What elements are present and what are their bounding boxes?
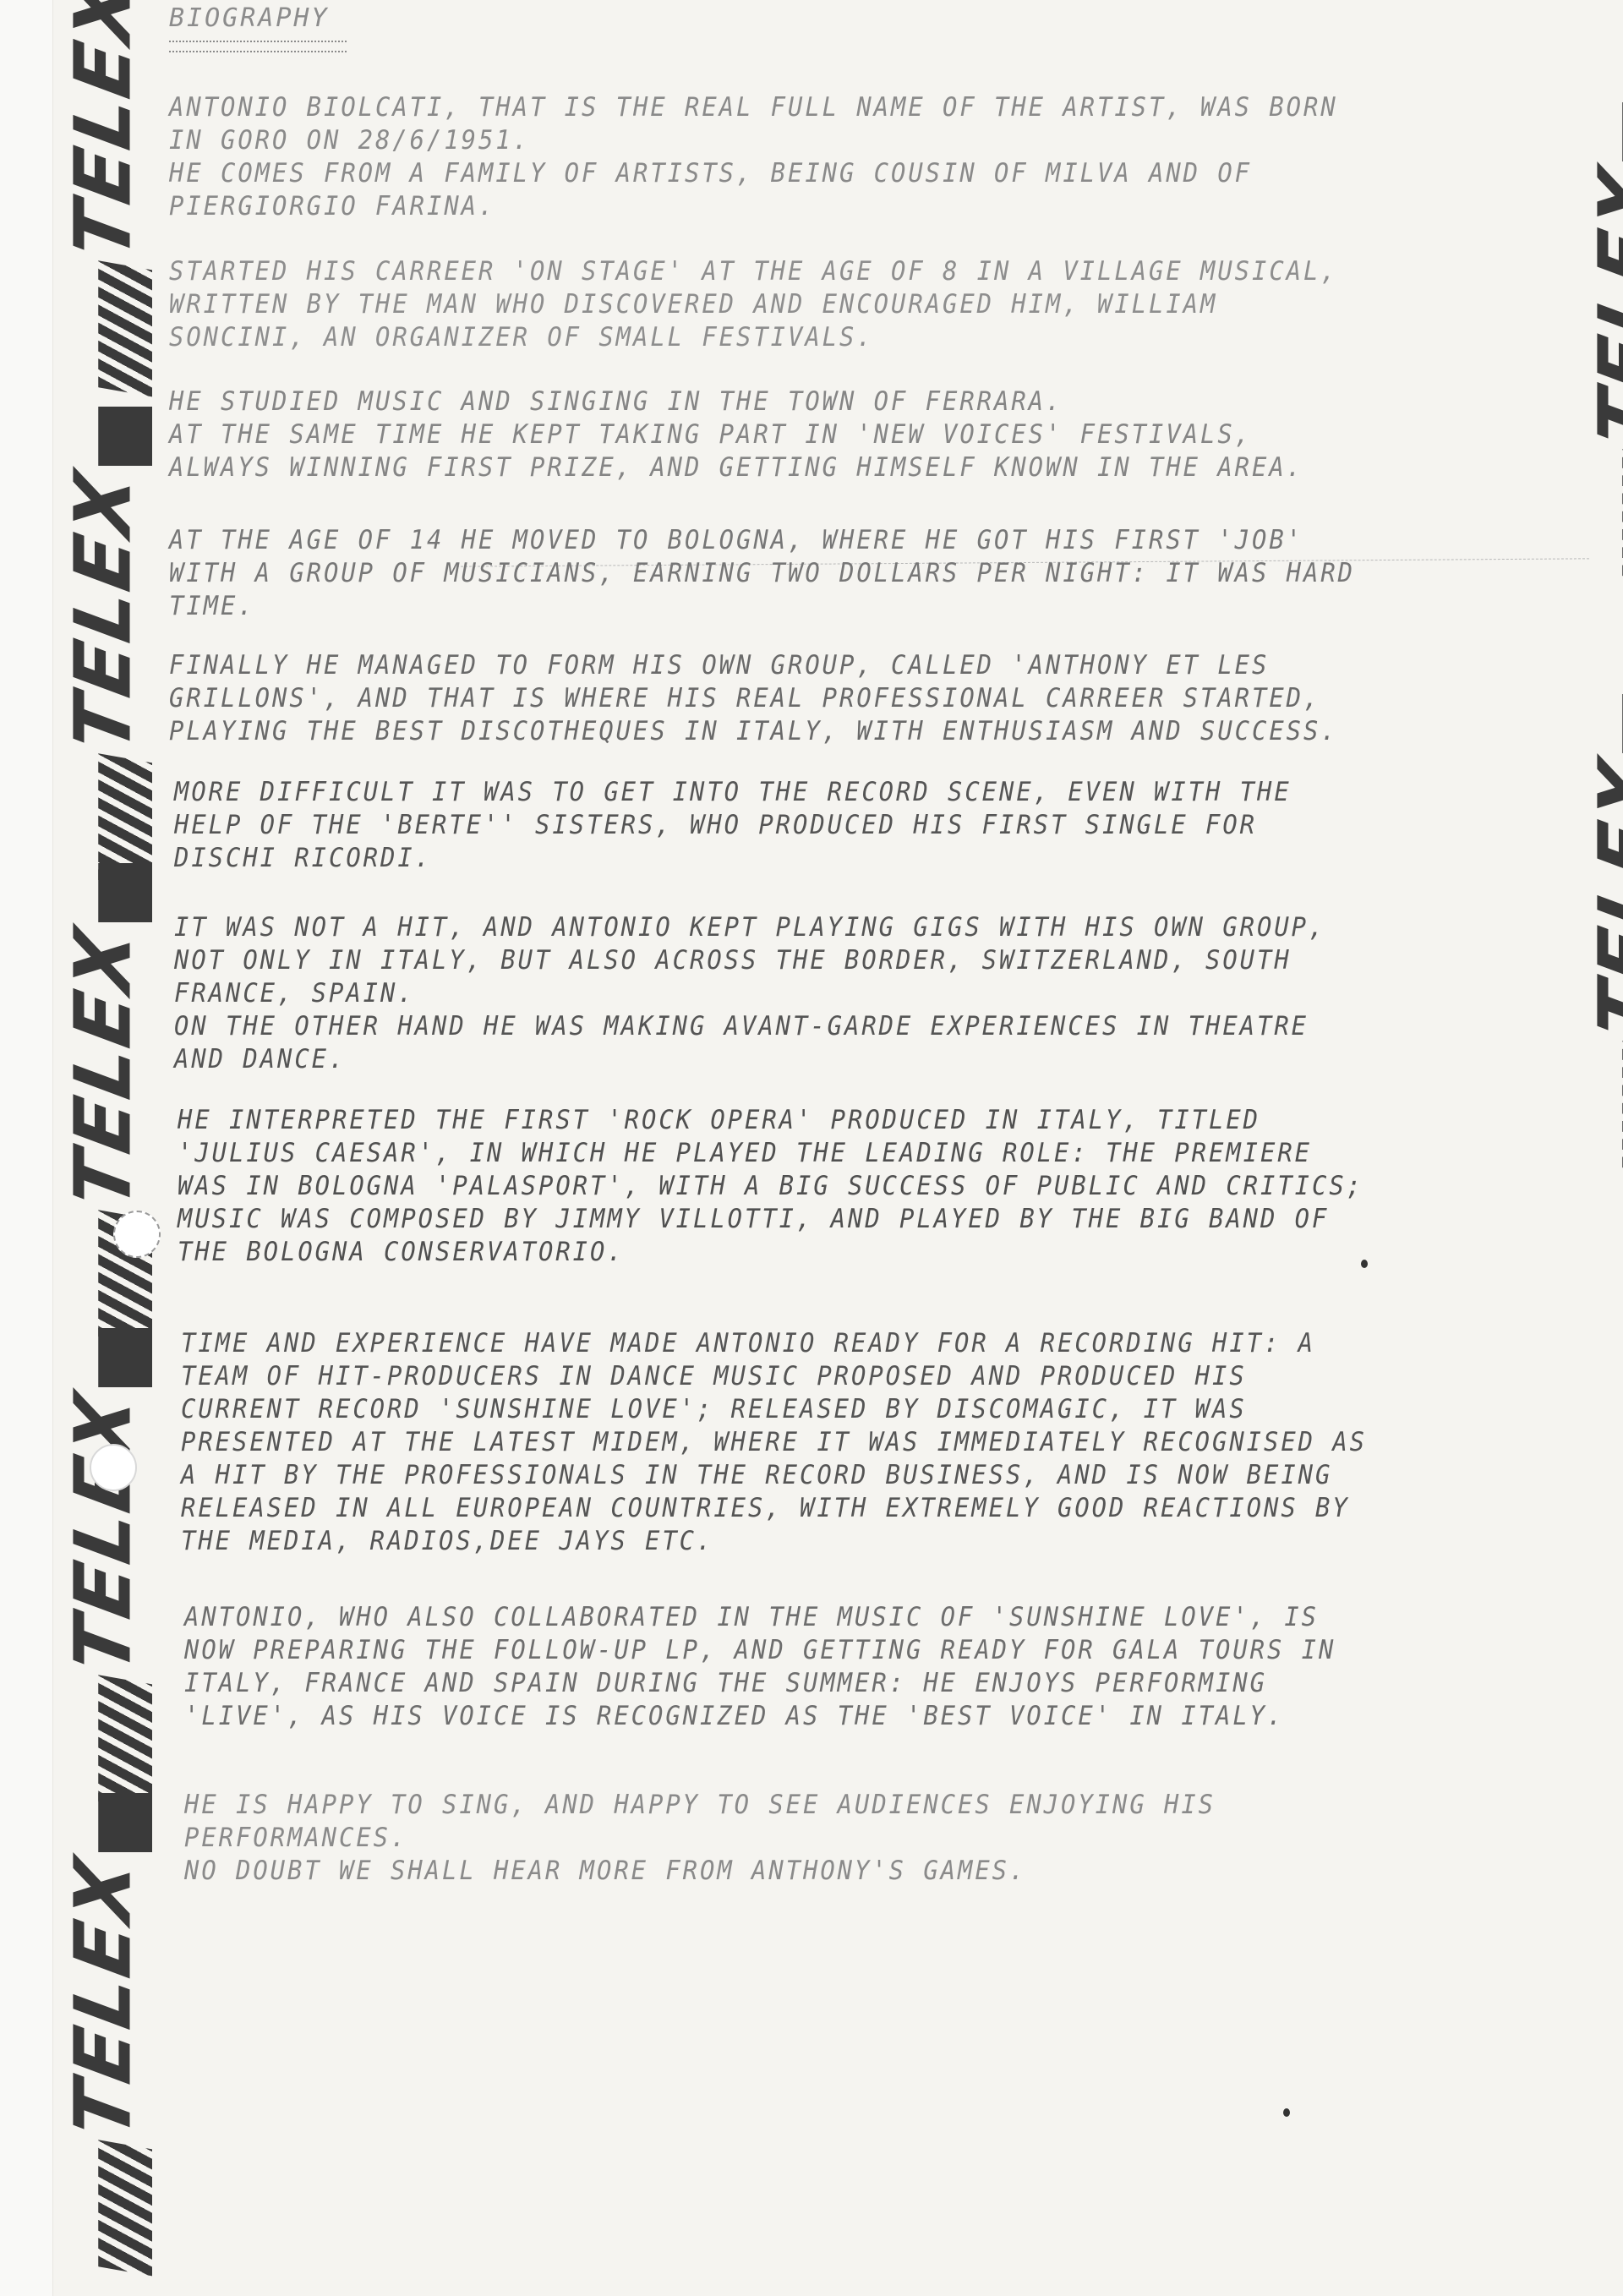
text-line: PRESENTED AT THE LATEST MIDEM, WHERE IT … — [181, 1426, 1367, 1459]
text-line: HE IS HAPPY TO SING, AND HAPPY TO SEE AU… — [184, 1789, 1216, 1822]
text-line: MORE DIFFICULT IT WAS TO GET INTO THE RE… — [174, 776, 1292, 809]
telex-paper: TELEX TELEX TELEX TELEX TELEX TELEX TELE… — [0, 0, 1623, 2296]
text-line: ANTONIO, WHO ALSO COLLABORATED IN THE MU… — [184, 1601, 1336, 1634]
telex-logo: TELEX — [59, 856, 152, 1342]
text-line: NOW PREPARING THE FOLLOW-UP LP, AND GETT… — [184, 1634, 1336, 1667]
text-line: CURRENT RECORD 'SUNSHINE LOVE'; RELEASED… — [181, 1393, 1367, 1426]
text-line: AT THE AGE OF 14 HE MOVED TO BOLOGNA, WH… — [169, 524, 1355, 557]
punch-hole — [90, 1444, 137, 1491]
ink-speck — [1361, 1260, 1368, 1268]
text-line: FINALLY HE MANAGED TO FORM HIS OWN GROUP… — [169, 649, 1338, 682]
text-line: ANTONIO BIOLCATI, THAT IS THE REAL FULL … — [169, 91, 1338, 124]
paragraph: FINALLY HE MANAGED TO FORM HIS OWN GROUP… — [169, 649, 1338, 748]
paragraph: STARTED HIS CARREER 'ON STAGE' AT THE AG… — [169, 255, 1338, 354]
text-line: DISCHI RICORDI. — [174, 842, 1292, 875]
text-line: 'JULIUS CAESAR', IN WHICH HE PLAYED THE … — [178, 1137, 1363, 1170]
telex-logo: TELEX — [59, 1786, 152, 2271]
paragraph: HE INTERPRETED THE FIRST 'ROCK OPERA' PR… — [178, 1104, 1363, 1269]
text-line: TIME AND EXPERIENCE HAVE MADE ANTONIO RE… — [181, 1327, 1367, 1360]
text-line: PIERGIORGIO FARINA. — [169, 190, 1338, 223]
punch-hole — [113, 1211, 161, 1258]
text-line: GRILLONS', AND THAT IS WHERE HIS REAL PR… — [169, 682, 1338, 715]
text-line: FRANCE, SPAIN. — [174, 977, 1325, 1010]
paragraph: MORE DIFFICULT IT WAS TO GET INTO THE RE… — [174, 776, 1292, 875]
text-line: SONCINI, AN ORGANIZER OF SMALL FESTIVALS… — [169, 321, 1338, 354]
text-line: RELEASED IN ALL EUROPEAN COUNTRIES, WITH… — [181, 1492, 1367, 1525]
title-underline — [169, 41, 347, 52]
text-line: PLAYING THE BEST DISCOTHEQUES IN ITALY, … — [169, 715, 1338, 748]
ink-speck — [1283, 2108, 1290, 2117]
text-line: A HIT BY THE PROFESSIONALS IN THE RECORD… — [181, 1459, 1367, 1492]
text-line: ITALY, FRANCE AND SPAIN DURING THE SUMME… — [184, 1667, 1336, 1700]
telex-logo-strip-right: TELEX TELEX — [1596, 0, 1623, 2296]
paragraph: AT THE AGE OF 14 HE MOVED TO BOLOGNA, WH… — [169, 524, 1355, 623]
text-line: AT THE SAME TIME HE KEPT TAKING PART IN … — [169, 418, 1303, 451]
text-line: HE COMES FROM A FAMILY OF ARTISTS, BEING… — [169, 157, 1338, 190]
telex-logo-strip-left: TELEX TELEX TELEX TELEX TELEX — [59, 0, 152, 2296]
text-line: HELP OF THE 'BERTE'' SISTERS, WHO PRODUC… — [174, 809, 1292, 842]
text-line: AND DANCE. — [174, 1043, 1325, 1076]
text-line: ON THE OTHER HAND HE WAS MAKING AVANT-GA… — [174, 1010, 1325, 1043]
paper-margin — [0, 0, 53, 2296]
text-line: STARTED HIS CARREER 'ON STAGE' AT THE AG… — [169, 255, 1338, 288]
text-line: IN GORO ON 28/6/1951. — [169, 124, 1338, 157]
text-line: WAS IN BOLOGNA 'PALASPORT', WITH A BIG S… — [178, 1170, 1363, 1203]
text-line: 'LIVE', AS HIS VOICE IS RECOGNIZED AS TH… — [184, 1700, 1336, 1733]
text-line: WRITTEN BY THE MAN WHO DISCOVERED AND EN… — [169, 288, 1338, 321]
text-line: MUSIC WAS COMPOSED BY JIMMY VILLOTTI, AN… — [178, 1203, 1363, 1236]
text-line: PERFORMANCES. — [184, 1822, 1216, 1855]
telex-logo: TELEX — [59, 400, 152, 885]
paragraph: TIME AND EXPERIENCE HAVE MADE ANTONIO RE… — [181, 1327, 1367, 1558]
text-line: WITH A GROUP OF MUSICIANS, EARNING TWO D… — [169, 557, 1355, 590]
paragraph: HE IS HAPPY TO SING, AND HAPPY TO SEE AU… — [184, 1789, 1216, 1888]
text-line: IT WAS NOT A HIT, AND ANTONIO KEPT PLAYI… — [174, 911, 1325, 944]
telex-logo: TELEX — [59, 0, 152, 392]
text-line: THE BOLOGNA CONSERVATORIO. — [178, 1236, 1363, 1269]
text-line: TEAM OF HIT-PRODUCERS IN DANCE MUSIC PRO… — [181, 1360, 1367, 1393]
telex-logo: TELEX — [1596, 96, 1623, 581]
text-line: NOT ONLY IN ITALY, BUT ALSO ACROSS THE B… — [174, 944, 1325, 977]
text-line: HE STUDIED MUSIC AND SINGING IN THE TOWN… — [169, 385, 1303, 418]
text-line: NO DOUBT WE SHALL HEAR MORE FROM ANTHONY… — [184, 1855, 1216, 1888]
paragraph: HE STUDIED MUSIC AND SINGING IN THE TOWN… — [169, 385, 1303, 484]
telex-logo: TELEX — [59, 1321, 152, 1807]
telex-logo: TELEX — [1596, 687, 1623, 1173]
text-line: ALWAYS WINNING FIRST PRIZE, AND GETTING … — [169, 451, 1303, 484]
text-line: HE INTERPRETED THE FIRST 'ROCK OPERA' PR… — [178, 1104, 1363, 1137]
text-line: TIME. — [169, 590, 1355, 623]
paragraph: ANTONIO BIOLCATI, THAT IS THE REAL FULL … — [169, 91, 1338, 223]
page-title: BIOGRAPHY — [169, 3, 330, 33]
text-line: THE MEDIA, RADIOS,DEE JAYS ETC. — [181, 1525, 1367, 1558]
paragraph: IT WAS NOT A HIT, AND ANTONIO KEPT PLAYI… — [174, 911, 1325, 1076]
paragraph: ANTONIO, WHO ALSO COLLABORATED IN THE MU… — [184, 1601, 1336, 1733]
